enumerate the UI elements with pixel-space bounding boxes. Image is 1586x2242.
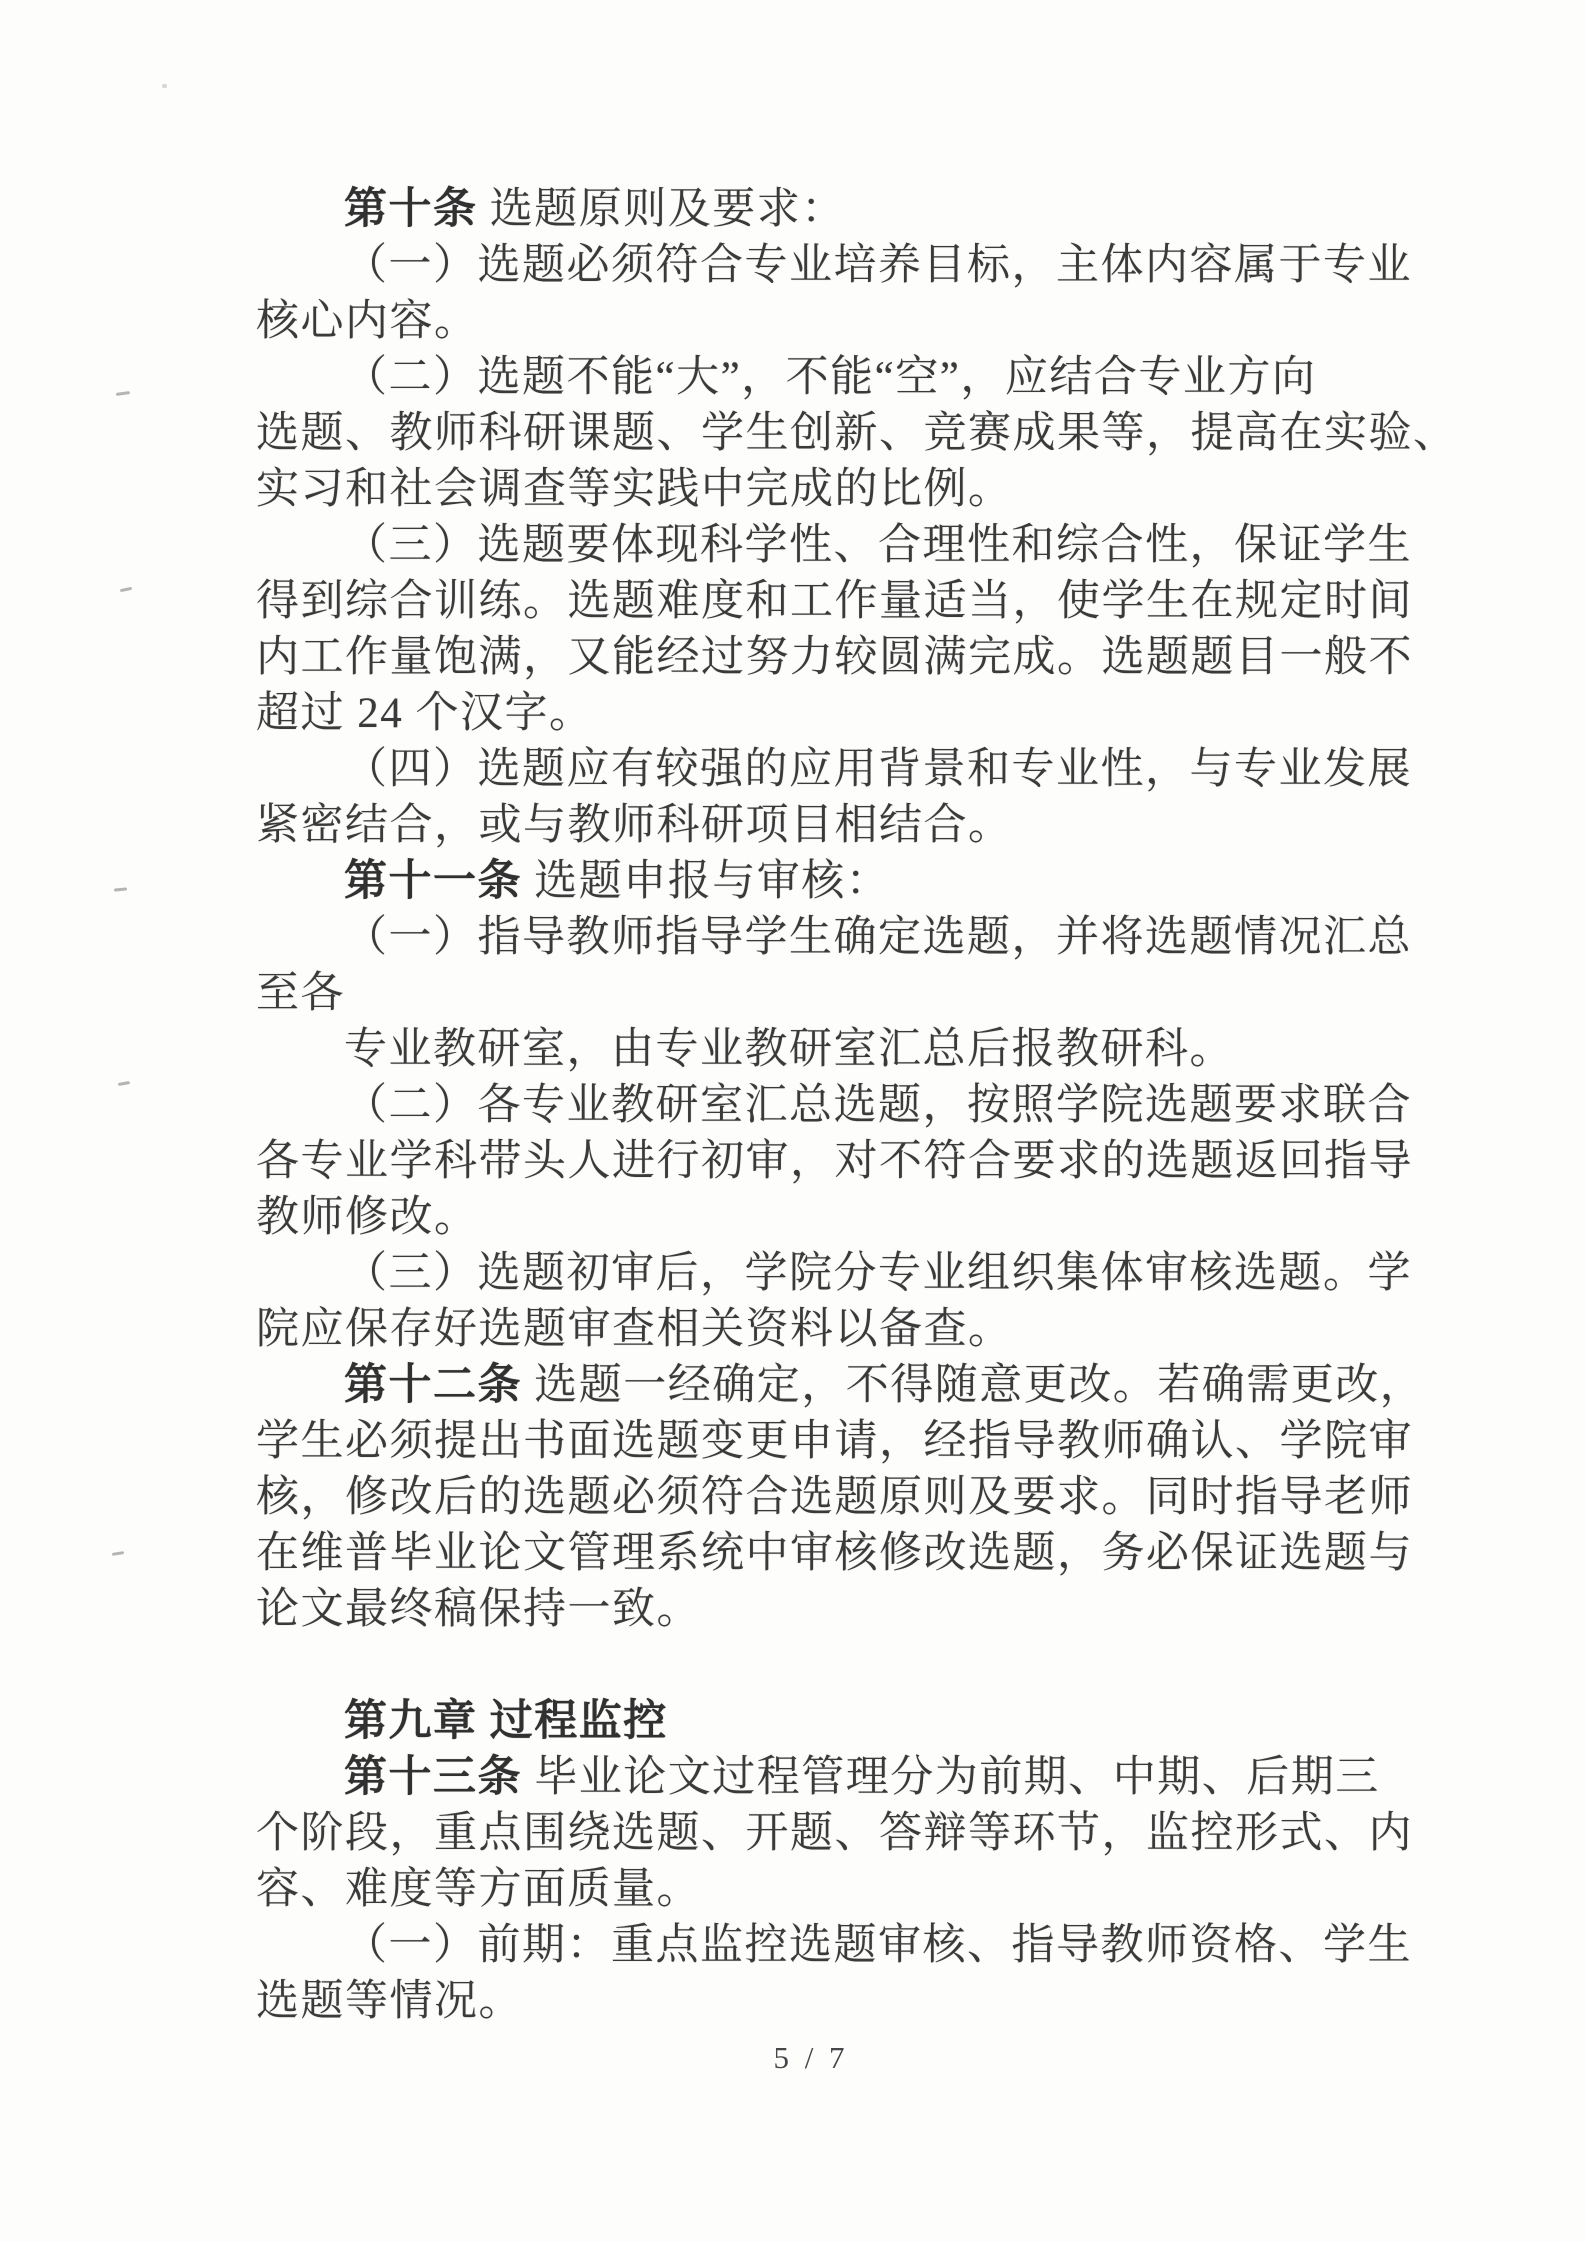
article-heading-text: 第十三条 xyxy=(344,1754,522,1801)
text-line: 紧密结合，或与教师科研项目相结合。 xyxy=(256,798,1416,854)
text-line: （三）选题要体现科学性、合理性和综合性，保证学生 xyxy=(256,518,1416,574)
body-text: 各专业学科带头人进行初审，对不符合要求的选题返回指导 xyxy=(256,1138,1413,1185)
text-line: （四）选题应有较强的应用背景和专业性，与专业发展 xyxy=(256,742,1416,798)
body-text: 教师修改。 xyxy=(256,1194,479,1241)
article-heading-text: 第十条 xyxy=(344,186,478,233)
page-number: 5 / 7 xyxy=(18,2040,1586,2076)
text-line: 内工作量饱满，又能经过努力较圆满完成。选题题目一般不 xyxy=(256,630,1416,686)
body-text: 紧密结合，或与教师科研项目相结合。 xyxy=(256,802,1013,849)
text-line: 专业教研室，由专业教研室汇总后报教研科。 xyxy=(256,1022,1416,1078)
text-line: 论文最终稿保持一致。 xyxy=(256,1582,1416,1638)
page-text: 第十条 选题原则及要求：（一）选题必须符合专业培养目标，主体内容属于专业核心内容… xyxy=(256,182,1416,2030)
text-line: 在维普毕业论文管理系统中审核修改选题，务必保证选题与 xyxy=(256,1526,1416,1582)
body-text: 毕业论文过程管理分为前期、中期、后期三 xyxy=(522,1754,1380,1801)
body-text: 院应保存好选题审查相关资料以备查。 xyxy=(256,1306,1013,1353)
scan-speck xyxy=(118,1081,130,1086)
article-heading-text: 第十二条 xyxy=(344,1362,522,1409)
text-line: （一）前期：重点监控选题审核、指导教师资格、学生 xyxy=(256,1918,1416,1974)
text-line: 第九章 过程监控 xyxy=(256,1694,1416,1750)
body-text: 选题、教师科研课题、学生创新、竞赛成果等，提高在实验、 xyxy=(256,410,1458,457)
scan-speck xyxy=(114,887,127,891)
text-line: 院应保存好选题审查相关资料以备查。 xyxy=(256,1302,1416,1358)
body-text: （三）选题要体现科学性、合理性和综合性，保证学生 xyxy=(344,522,1412,569)
article-heading-text: 第九章 过程监控 xyxy=(344,1698,668,1745)
text-line: （一）选题必须符合专业培养目标，主体内容属于专业 xyxy=(256,238,1416,294)
text-line: 第十二条 选题一经确定，不得随意更改。若确需更改， xyxy=(256,1358,1416,1414)
body-text: 至各 xyxy=(256,970,345,1017)
text-line: （二）各专业教研室汇总选题，按照学院选题要求联合 xyxy=(256,1078,1416,1134)
body-text: 内工作量饱满，又能经过努力较圆满完成。选题题目一般不 xyxy=(256,634,1413,681)
body-text: （二）选题不能“大”，不能“空”，应结合专业方向 xyxy=(344,354,1316,401)
text-line: 教师修改。 xyxy=(256,1190,1416,1246)
scan-speck xyxy=(120,587,132,592)
text-line: 超过 24 个汉字。 xyxy=(256,686,1416,742)
scan-speck xyxy=(162,84,167,88)
text-line: 实习和社会调查等实践中完成的比例。 xyxy=(256,462,1416,518)
text-line: 第十三条 毕业论文过程管理分为前期、中期、后期三 xyxy=(256,1750,1416,1806)
body-text: 选题申报与审核： xyxy=(522,858,890,905)
body-text: 核心内容。 xyxy=(256,298,479,345)
body-text: （一）指导教师指导学生确定选题，并将选题情况汇总 xyxy=(344,914,1412,961)
body-text: （一）选题必须符合专业培养目标，主体内容属于专业 xyxy=(344,242,1412,289)
text-line: （三）选题初审后，学院分专业组织集体审核选题。学 xyxy=(256,1246,1416,1302)
body-text: 核，修改后的选题必须符合选题原则及要求。同时指导老师 xyxy=(256,1474,1413,1521)
scan-speck xyxy=(112,1551,124,1556)
body-text: 在维普毕业论文管理系统中审核修改选题，务必保证选题与 xyxy=(256,1530,1413,1577)
body-text: 选题原则及要求： xyxy=(478,186,846,233)
body-text: 容、难度等方面质量。 xyxy=(256,1866,701,1913)
body-text: （四）选题应有较强的应用背景和专业性，与专业发展 xyxy=(344,746,1412,793)
text-line: 核心内容。 xyxy=(256,294,1416,350)
body-text: （三）选题初审后，学院分专业组织集体审核选题。学 xyxy=(344,1250,1412,1297)
text-line: 选题、教师科研课题、学生创新、竞赛成果等，提高在实验、 xyxy=(256,406,1416,462)
document-page: 第十条 选题原则及要求：（一）选题必须符合专业培养目标，主体内容属于专业核心内容… xyxy=(0,0,1586,2242)
body-text: （一）前期：重点监控选题审核、指导教师资格、学生 xyxy=(344,1922,1412,1969)
text-line: 第十条 选题原则及要求： xyxy=(256,182,1416,238)
text-line: 个阶段，重点围绕选题、开题、答辩等环节，监控形式、内 xyxy=(256,1806,1416,1862)
body-text: 超过 24 个汉字。 xyxy=(256,690,594,737)
text-line: 选题等情况。 xyxy=(256,1974,1416,2030)
text-line: 得到综合训练。选题难度和工作量适当，使学生在规定时间 xyxy=(256,574,1416,630)
body-text: 选题等情况。 xyxy=(256,1978,523,2025)
body-text: 个阶段，重点围绕选题、开题、答辩等环节，监控形式、内 xyxy=(256,1810,1413,1857)
text-line: （二）选题不能“大”，不能“空”，应结合专业方向 xyxy=(256,350,1416,406)
body-text: 选题一经确定，不得随意更改。若确需更改， xyxy=(522,1362,1424,1409)
text-line: 至各 xyxy=(256,966,1416,1022)
text-line: 各专业学科带头人进行初审，对不符合要求的选题返回指导 xyxy=(256,1134,1416,1190)
body-text: 论文最终稿保持一致。 xyxy=(256,1586,701,1633)
body-text: 实习和社会调查等实践中完成的比例。 xyxy=(256,466,1013,513)
body-text: （二）各专业教研室汇总选题，按照学院选题要求联合 xyxy=(344,1082,1412,1129)
text-line: 第十一条 选题申报与审核： xyxy=(256,854,1416,910)
body-text: 学生必须提出书面选题变更申请，经指导教师确认、学院审 xyxy=(256,1418,1413,1465)
text-line: 核，修改后的选题必须符合选题原则及要求。同时指导老师 xyxy=(256,1470,1416,1526)
text-line: （一）指导教师指导学生确定选题，并将选题情况汇总 xyxy=(256,910,1416,966)
blank-line xyxy=(256,1638,1416,1694)
scan-speck xyxy=(116,391,130,396)
text-line: 学生必须提出书面选题变更申请，经指导教师确认、学院审 xyxy=(256,1414,1416,1470)
body-text: 专业教研室，由专业教研室汇总后报教研科。 xyxy=(344,1026,1234,1073)
text-line: 容、难度等方面质量。 xyxy=(256,1862,1416,1918)
body-text: 得到综合训练。选题难度和工作量适当，使学生在规定时间 xyxy=(256,578,1413,625)
article-heading-text: 第十一条 xyxy=(344,858,522,905)
